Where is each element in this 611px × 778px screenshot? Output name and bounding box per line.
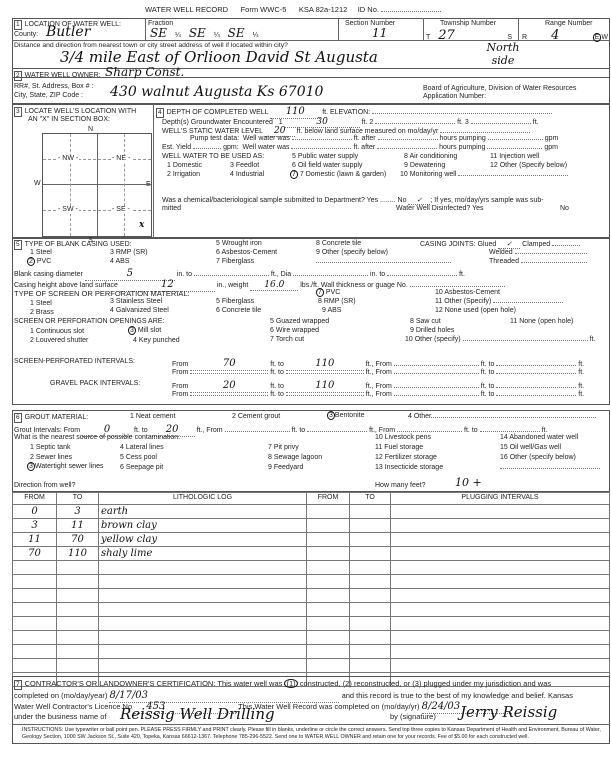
- compass-w: W: [34, 180, 41, 188]
- screen-to-2a[interactable]: [496, 365, 576, 366]
- log-from[interactable]: 11: [13, 533, 57, 547]
- plug-to[interactable]: [350, 575, 391, 589]
- contam-12[interactable]: 12 Fertilizer storage: [375, 454, 437, 462]
- screen-7-selected[interactable]: 7 PVC: [316, 289, 340, 297]
- plug-from[interactable]: [307, 631, 350, 645]
- plug-to[interactable]: [350, 617, 391, 631]
- casing-6[interactable]: 6 Asbestos-Cement: [216, 249, 277, 257]
- plug-to[interactable]: [350, 589, 391, 603]
- screen-12[interactable]: 12 None used (open hole): [435, 307, 516, 315]
- dia2-to-field[interactable]: [387, 275, 457, 276]
- grout-3-selected[interactable]: 3Bentonite: [327, 412, 365, 420]
- locate-label-2: AN "X" IN SECTION BOX:: [28, 116, 110, 124]
- pump-ft-2[interactable]: [291, 148, 351, 149]
- log-to[interactable]: 110: [57, 547, 99, 561]
- distance-note: North side: [478, 42, 528, 67]
- casing-other-field: [316, 258, 451, 266]
- plug-from[interactable]: [307, 575, 350, 589]
- table-row: 70110shaly lime: [13, 547, 610, 561]
- plug-to[interactable]: [350, 645, 391, 659]
- use-2[interactable]: 2 Irrigation: [167, 171, 200, 179]
- use-5[interactable]: 5 Public water supply: [292, 153, 358, 161]
- casing-8[interactable]: 8 Concrete tile: [316, 240, 361, 248]
- log-to[interactable]: 11: [57, 519, 99, 533]
- contam-4[interactable]: 4 Lateral lines: [120, 444, 164, 452]
- plug-from[interactable]: [307, 561, 350, 575]
- table-row: [13, 617, 610, 631]
- grout-label: 6GROUT MATERIAL:: [14, 413, 88, 423]
- groundwater-2-field[interactable]: [375, 123, 455, 124]
- contamination-label: What is the nearest source of possible c…: [14, 434, 180, 442]
- log-from[interactable]: [13, 631, 57, 645]
- screen-1[interactable]: 1 Steel: [30, 300, 52, 308]
- contam-7[interactable]: 7 Pit privy: [268, 444, 299, 452]
- log-desc[interactable]: [99, 575, 307, 589]
- log-from[interactable]: 0: [13, 505, 57, 519]
- plug-desc[interactable]: [391, 533, 610, 547]
- log-desc[interactable]: yellow clay: [99, 533, 307, 547]
- signature-field[interactable]: Jerry Reissig: [460, 704, 557, 721]
- board-label: Board of Agriculture, Division of Water …: [423, 85, 576, 93]
- log-desc[interactable]: [99, 561, 307, 575]
- screen-to-3[interactable]: [286, 373, 364, 374]
- static-date-field[interactable]: [440, 132, 530, 133]
- gravel-interval-row-2: From ft. to ft., From ft. to ft.: [172, 391, 584, 399]
- county-field[interactable]: Butler: [46, 24, 90, 40]
- casing-3[interactable]: 3 RMP (SR): [110, 249, 148, 257]
- casing-2-selected[interactable]: 2 PVC: [27, 258, 51, 266]
- log-desc[interactable]: shaly lime: [99, 547, 307, 561]
- sample-row: Was a chemical/bacteriological sample su…: [162, 196, 544, 205]
- contam-2[interactable]: 2 Sewer lines: [30, 454, 72, 462]
- table-row: [13, 561, 610, 575]
- owner-field[interactable]: Sharp Const.: [105, 66, 184, 80]
- gravel-from-3[interactable]: [190, 395, 268, 396]
- opening-5[interactable]: 5 Guazed wrapped: [270, 318, 329, 326]
- distance-field[interactable]: 3/4 mile East of Orlioon David St August…: [60, 49, 378, 66]
- contam-1[interactable]: 1 Septic tank: [30, 444, 70, 452]
- opening-8[interactable]: 8 Saw cut: [410, 318, 441, 326]
- table-row: [13, 589, 610, 603]
- signature-label: by (signature): [390, 713, 436, 722]
- use-6[interactable]: 6 Oil field water supply: [292, 162, 362, 170]
- pump-gpm-2[interactable]: [487, 148, 542, 149]
- log-from[interactable]: 3: [13, 519, 57, 533]
- table-row: 311brown clay: [13, 519, 610, 533]
- gravel-to-2[interactable]: [496, 387, 576, 388]
- screen-to-4[interactable]: [496, 373, 576, 374]
- pump-after-2[interactable]: [377, 148, 437, 149]
- form-header: WATER WELL RECORD Form WWC-5 KSA 82a-121…: [145, 6, 441, 15]
- log-desc[interactable]: [99, 603, 307, 617]
- screen-interval-row-2: From ft. to ft., From ft. to ft.: [172, 369, 584, 377]
- log-desc[interactable]: earth: [99, 505, 307, 519]
- screen-from-3[interactable]: [190, 373, 268, 374]
- opening-11[interactable]: 11 None (open hole): [510, 318, 573, 326]
- address-label-2: City, State, ZIP Code :: [14, 92, 83, 100]
- log-to[interactable]: [57, 575, 99, 589]
- log-to[interactable]: [57, 603, 99, 617]
- form-title: WATER WELL RECORD: [145, 5, 228, 14]
- plug-from[interactable]: [307, 603, 350, 617]
- lithologic-log-table: FROM TO LITHOLOGIC LOG FROM TO PLUGGING …: [12, 492, 610, 687]
- use-10[interactable]: 10 Monitoring well: [400, 171, 568, 179]
- weight-field[interactable]: 16.0: [250, 280, 298, 291]
- contam-14[interactable]: 14 Abandoned water well: [500, 434, 578, 442]
- contam-8[interactable]: 8 Sewage lagoon: [268, 454, 322, 462]
- log-from[interactable]: [13, 561, 57, 575]
- plug-desc[interactable]: [391, 575, 610, 589]
- water-use-label: WELL WATER TO BE USED AS:: [162, 153, 264, 161]
- grout-4[interactable]: 4 Other: [408, 413, 596, 421]
- range-label: Range Number: [545, 20, 592, 28]
- certification-selected[interactable]: (1): [284, 679, 297, 688]
- plug-from[interactable]: [307, 533, 350, 547]
- plug-desc[interactable]: [391, 547, 610, 561]
- plug-desc[interactable]: [391, 603, 610, 617]
- use-4[interactable]: 4 Industrial: [230, 171, 264, 179]
- log-header-row: FROM TO LITHOLOGIC LOG FROM TO PLUGGING …: [13, 493, 610, 505]
- quadrant-ne: - NE -: [111, 155, 131, 163]
- col-plug-to: TO: [350, 493, 391, 505]
- screen-11[interactable]: 11 Other (Specify): [435, 298, 563, 306]
- grout-from-3[interactable]: [397, 431, 462, 432]
- contam-13[interactable]: 13 Insecticide storage: [375, 464, 443, 472]
- plug-desc[interactable]: [391, 589, 610, 603]
- plug-to[interactable]: [350, 659, 391, 673]
- log-desc[interactable]: [99, 617, 307, 631]
- screen-2[interactable]: 2 Brass: [30, 309, 54, 317]
- plug-desc[interactable]: [391, 519, 610, 533]
- section-box-grid[interactable]: - NW - - NE - - SW - - SE - x: [42, 133, 152, 237]
- pump-test-row-2: Est. Yield gpm: Well water was ft. after…: [162, 144, 558, 152]
- plug-to[interactable]: [350, 547, 391, 561]
- form-number: Form WWC-5: [241, 5, 287, 14]
- table-row: [13, 645, 610, 659]
- log-to[interactable]: [57, 645, 99, 659]
- use-1[interactable]: 1 Domestic: [167, 162, 202, 170]
- plug-desc[interactable]: [391, 659, 610, 673]
- plug-from[interactable]: [307, 589, 350, 603]
- log-to[interactable]: 70: [57, 533, 99, 547]
- casing-5[interactable]: 5 Wrought iron: [216, 240, 262, 248]
- col-plug-from: FROM: [307, 493, 350, 505]
- plug-desc[interactable]: [391, 645, 610, 659]
- quadrant-nw: - NW -: [57, 155, 79, 163]
- pump-ft-1[interactable]: [292, 139, 352, 140]
- plug-to[interactable]: [350, 603, 391, 617]
- disinfected-no[interactable]: No: [560, 205, 569, 213]
- plug-from[interactable]: [307, 645, 350, 659]
- log-desc[interactable]: [99, 631, 307, 645]
- joints-glued-mark[interactable]: ✓: [498, 240, 520, 249]
- joints-welded[interactable]: Welded: [489, 249, 587, 257]
- log-desc[interactable]: [99, 659, 307, 673]
- use-7-selected[interactable]: 7 7 Domestic (lawn & garden): [290, 171, 386, 179]
- fraction-field[interactable]: SE¼ SE¼ SE¼: [150, 27, 335, 41]
- contam-9[interactable]: 9 Feedyard: [268, 464, 303, 472]
- col-lithologic-log: LITHOLOGIC LOG: [99, 493, 307, 505]
- casing-joints: CASING JOINTS: Glued ✓ Clamped: [420, 240, 580, 249]
- col-plugging-intervals: PLUGGING INTERVALS: [391, 493, 610, 505]
- opening-6[interactable]: 6 Wire wrapped: [270, 327, 319, 335]
- log-from[interactable]: [13, 575, 57, 589]
- use-9[interactable]: 9 Dewatering: [404, 162, 445, 170]
- certification-line-1: 7CONTRACTOR'S OR LANDOWNER'S CERTIFICATI…: [14, 679, 551, 690]
- gravel-to-3[interactable]: [286, 395, 364, 396]
- plug-desc[interactable]: [391, 617, 610, 631]
- owner-label: 2WATER WELL OWNER:: [14, 71, 101, 81]
- screen-10[interactable]: 10 Asbestos-Cement: [435, 289, 500, 297]
- casing-4[interactable]: 4 ABS: [110, 258, 129, 266]
- opening-4[interactable]: 4 Key punched: [133, 337, 180, 345]
- log-to[interactable]: 3: [57, 505, 99, 519]
- groundwater-3-field[interactable]: [471, 123, 531, 124]
- opening-1[interactable]: 1 Continuous slot: [30, 328, 84, 336]
- log-from[interactable]: [13, 603, 57, 617]
- feet-label: How many feet?: [375, 482, 426, 490]
- opening-10[interactable]: 10 Other (specify) ft.: [405, 336, 595, 344]
- address-label-1: RR#, St. Address, Box # :: [14, 83, 93, 91]
- pump-after-1[interactable]: [378, 139, 438, 140]
- section-number-field[interactable]: 11: [372, 27, 387, 41]
- gravel-from-2[interactable]: [394, 387, 479, 388]
- table-row: 1170yellow clay: [13, 533, 610, 547]
- contam-3-selected[interactable]: 3Watertight sewer lines: [27, 463, 104, 471]
- dia2-field[interactable]: [293, 275, 368, 276]
- sample-no-mark[interactable]: ✓: [408, 196, 430, 205]
- plug-desc[interactable]: [391, 505, 610, 519]
- plug-from[interactable]: [307, 617, 350, 631]
- disinfected-label[interactable]: Water Well Disinfected? Yes: [396, 205, 484, 213]
- casing-7[interactable]: 7 Fiberglass: [216, 258, 254, 266]
- plug-from[interactable]: [307, 519, 350, 533]
- county-label: County:: [14, 31, 38, 39]
- wall-thickness-field[interactable]: [410, 286, 505, 287]
- application-number-label: Application Number:: [423, 93, 486, 101]
- opening-9[interactable]: 9 Drilled holes: [410, 327, 454, 335]
- instructions-text: INSTRUCTIONS: Use typewriter or ball poi…: [22, 727, 602, 741]
- col-to: TO: [57, 493, 99, 505]
- log-to[interactable]: [57, 659, 99, 673]
- opening-3-selected[interactable]: 3 Mill slot: [128, 327, 161, 335]
- business-name-field[interactable]: Reissig Well Drilling: [120, 706, 275, 723]
- casing-1[interactable]: 1 Steel: [30, 249, 52, 257]
- col-from: FROM: [13, 493, 57, 505]
- screen-5[interactable]: 5 Fiberglass: [216, 298, 254, 306]
- range-field[interactable]: R 4 EW: [522, 29, 608, 44]
- well-location-mark: x: [139, 220, 144, 230]
- log-desc[interactable]: brown clay: [99, 519, 307, 533]
- sample-row-2: mitted: [162, 205, 181, 213]
- contam-11[interactable]: 11 Fuel storage: [375, 444, 423, 452]
- screen-4[interactable]: 4 Galvanized Steel: [110, 307, 169, 315]
- screen-intervals-label: SCREEN-PERFORATED INTERVALS:: [14, 358, 135, 366]
- section-number-label: Section Number: [345, 20, 395, 28]
- log-from[interactable]: [13, 659, 57, 673]
- feet-field[interactable]: 10 +: [455, 477, 482, 490]
- opening-2[interactable]: 2 Louvered shutter: [30, 337, 88, 345]
- address-field[interactable]: 430 walnut Augusta Ks 67010: [110, 84, 323, 100]
- log-from[interactable]: [13, 617, 57, 631]
- form-statute: KSA 82a-1212: [299, 5, 347, 14]
- quadrant-sw: - SW -: [57, 206, 79, 214]
- gravel-to-4[interactable]: [496, 395, 576, 396]
- screen-material-label: TYPE OF SCREEN OR PERFORATION MATERIAL:: [14, 290, 190, 299]
- screen-from-2a[interactable]: [394, 365, 479, 366]
- quadrant-se: - SE -: [111, 206, 131, 214]
- grout-from-2[interactable]: [225, 431, 290, 432]
- openings-label: SCREEN OR PERFORATION OPENINGS ARE:: [14, 318, 164, 326]
- plug-to[interactable]: [350, 561, 391, 575]
- screen-3[interactable]: 3 Stainless Steel: [110, 298, 162, 306]
- log-from[interactable]: [13, 589, 57, 603]
- plug-from[interactable]: [307, 547, 350, 561]
- screen-from-4[interactable]: [394, 373, 479, 374]
- contam-16[interactable]: 16 Other (specify below): [500, 454, 576, 462]
- direction-label: Direction from well?: [14, 482, 75, 490]
- business-label: under the business name of: [14, 713, 107, 722]
- use-8[interactable]: 8 Air conditioning: [404, 153, 457, 161]
- pump-test-row-1: Pump test data: Well water was ft. after…: [190, 135, 558, 143]
- plug-from[interactable]: [307, 505, 350, 519]
- use-3[interactable]: 3 Feedlot: [230, 162, 259, 170]
- log-from[interactable]: 70: [13, 547, 57, 561]
- log-to[interactable]: [57, 589, 99, 603]
- contam-10[interactable]: 10 Livestock pens: [375, 434, 431, 442]
- plug-desc[interactable]: [391, 561, 610, 575]
- contam-15[interactable]: 15 Oil well/Gas well: [500, 444, 561, 452]
- log-desc[interactable]: [99, 645, 307, 659]
- log-to[interactable]: [57, 631, 99, 645]
- id-field[interactable]: [381, 11, 441, 12]
- contam-other-field[interactable]: [500, 464, 600, 472]
- elevation-field[interactable]: [372, 113, 552, 114]
- plug-to[interactable]: [350, 505, 391, 519]
- log-from[interactable]: [13, 645, 57, 659]
- township-label: Township Number: [440, 20, 496, 28]
- diameter-to-field[interactable]: [194, 275, 269, 276]
- table-row: [13, 659, 610, 673]
- use-11[interactable]: 11 Injection well: [490, 153, 539, 161]
- table-row: [13, 575, 610, 589]
- table-row: [13, 603, 610, 617]
- yield-field[interactable]: [193, 148, 221, 149]
- opening-7[interactable]: 7 Torch cut: [270, 336, 304, 344]
- casing-9[interactable]: 9 Other (specify below): [316, 249, 388, 257]
- log-to[interactable]: [57, 617, 99, 631]
- plug-to[interactable]: [350, 519, 391, 533]
- screen-9[interactable]: 9 ABS: [322, 307, 341, 315]
- screen-8[interactable]: 8 RMP (SR): [318, 298, 356, 306]
- table-row: [13, 631, 610, 645]
- screen-6[interactable]: 6 Concrete tile: [216, 307, 261, 315]
- use-12[interactable]: 12 Other (Specify below): [490, 162, 567, 170]
- log-to[interactable]: [57, 561, 99, 575]
- grout-1[interactable]: 1 Neat cement: [130, 413, 176, 421]
- grout-2[interactable]: 2 Cement grout: [232, 413, 280, 421]
- joints-threaded[interactable]: Threaded: [489, 258, 587, 266]
- plug-to[interactable]: [350, 533, 391, 547]
- plug-to[interactable]: [350, 631, 391, 645]
- pump-gpm-1[interactable]: [488, 139, 543, 140]
- grout-to-2[interactable]: [307, 431, 367, 432]
- plug-from[interactable]: [307, 659, 350, 673]
- contam-5[interactable]: 5 Cess pool: [120, 454, 157, 462]
- table-row: 03earth: [13, 505, 610, 519]
- gravel-intervals-label: GRAVEL PACK INTERVALS:: [50, 380, 140, 388]
- plug-desc[interactable]: [391, 631, 610, 645]
- grout-to-3[interactable]: [480, 431, 540, 432]
- gravel-from-4[interactable]: [394, 395, 479, 396]
- log-desc[interactable]: [99, 589, 307, 603]
- id-label: ID No.: [358, 5, 379, 14]
- contam-6[interactable]: 6 Seepage pit: [120, 464, 163, 472]
- joints-clamped-field[interactable]: [552, 245, 580, 246]
